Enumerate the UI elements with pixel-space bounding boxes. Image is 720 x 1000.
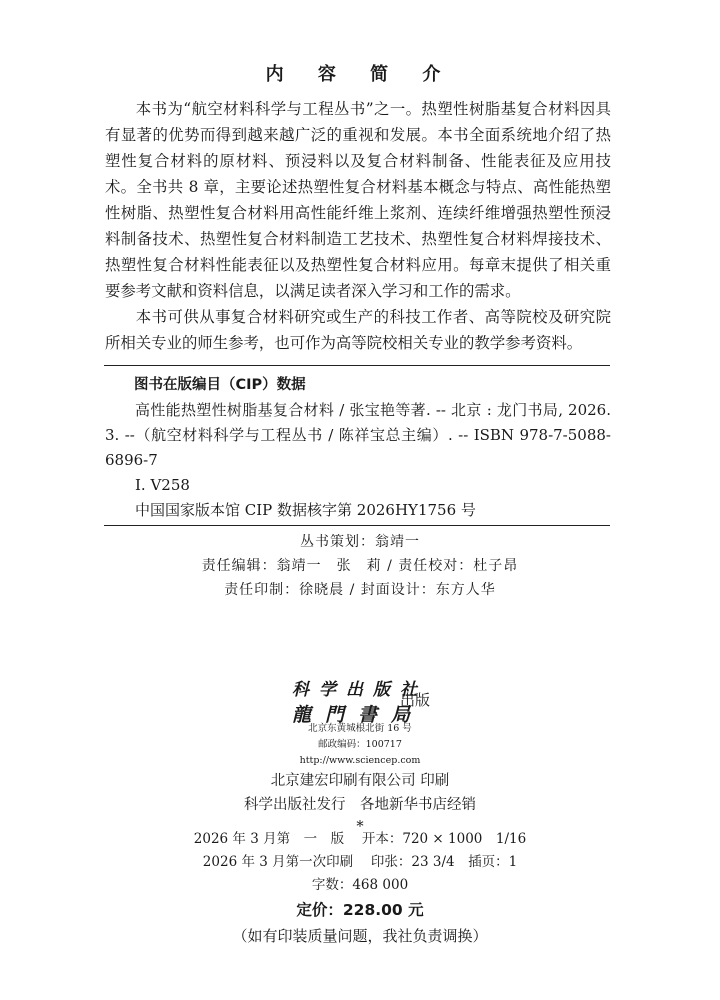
page-title: 内 容 简 介 — [0, 60, 720, 86]
cip-approval-number: 中国国家版本馆 CIP 数据核字第 2026HY1756 号 — [105, 498, 611, 523]
cip-data-block: 图书在版编目（CIP）数据 高性能热塑性树脂基复合材料 / 张宝艳等著. -- … — [105, 373, 611, 523]
cip-heading: 图书在版编目（CIP）数据 — [105, 373, 611, 398]
distribution: 科学出版社发行 各地新华书店经销 — [0, 793, 720, 817]
publish-suffix: 出版 — [400, 689, 430, 710]
cip-bottom-divider — [104, 525, 610, 526]
word-count: 字数：468 000 — [0, 874, 720, 897]
intro-paragraph: 本书为“航空材料科学与工程丛书”之一。热塑性树脂基复合材料因具有显著的优势而得到… — [105, 96, 611, 304]
publisher-postcode: 邮政编码：100717 — [0, 737, 720, 753]
cip-classification: Ⅰ. V258 — [105, 473, 611, 498]
staff-credits: 丛书策划：翁靖一 责任编辑：翁靖一 张 莉 / 责任校对：杜子昂 责任印制：徐晓… — [0, 530, 720, 602]
publisher-address: 北京东黄城根北街 16 号 — [0, 721, 720, 737]
cip-record: 高性能热塑性树脂基复合材料 / 张宝艳等著. -- 北京 : 龙门书局, 202… — [105, 398, 611, 473]
publisher-info: 北京东黄城根北街 16 号 邮政编码：100717 http://www.sci… — [0, 721, 720, 837]
printer: 北京建宏印刷有限公司 印刷 — [0, 769, 720, 793]
book-introduction: 本书为“航空材料科学与工程丛书”之一。热塑性树脂基复合材料因具有显著的优势而得到… — [105, 96, 611, 356]
series-planner: 丛书策划：翁靖一 — [0, 530, 720, 554]
printing-info: 2026 年 3 月第一次印刷 印张：23 3/4 插页：1 — [0, 851, 720, 874]
price: 定价：228.00 元 — [0, 897, 720, 923]
quality-note: （如有印装质量问题，我社负责调换） — [0, 923, 720, 949]
printing-and-design: 责任印制：徐晓晨 / 封面设计：东方人华 — [0, 578, 720, 602]
responsible-editors: 责任编辑：翁靖一 张 莉 / 责任校对：杜子昂 — [0, 554, 720, 578]
edition-info: 2026 年 3 月第 一 版 开本：720 × 1000 1/16 — [0, 828, 720, 851]
cip-top-divider — [104, 365, 610, 366]
print-specs: 2026 年 3 月第 一 版 开本：720 × 1000 1/16 2026 … — [0, 828, 720, 949]
publisher-website: http://www.sciencep.com — [0, 753, 720, 769]
science-press-logo: 科学出版社 — [292, 675, 462, 700]
publisher-logos: 科学出版社 龍門書局 出版 — [292, 675, 462, 727]
intro-paragraph: 本书可供从事复合材料研究或生产的科技工作者、高等院校及研究院所相关专业的师生参考… — [105, 304, 611, 356]
